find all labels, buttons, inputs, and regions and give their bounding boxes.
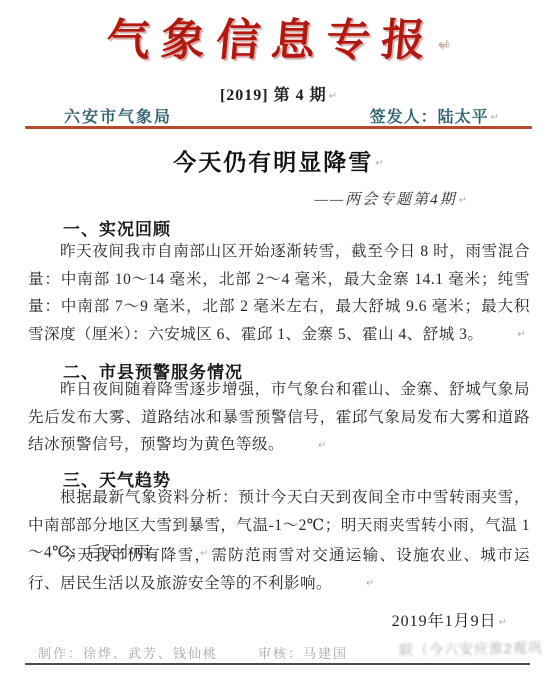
issuer-name: 签发人：陆太平↵ xyxy=(370,104,499,127)
paragraph-mark-icon: ↵ xyxy=(286,432,326,460)
footer-divider xyxy=(25,663,530,665)
footer: 制作：徐烨、武芳、钱仙桃 审核：马建国 联（今六安应淮2观巩 xyxy=(0,643,557,663)
footer-reviewer: 审核：马建国 xyxy=(258,643,348,662)
organization-name: 六安市气象局 xyxy=(64,104,172,127)
bulletin-page: 气象信息专报↵ [2019] 第 4 期↵ 六安市气象局 签发人：陆太平↵ 今天… xyxy=(0,0,557,678)
paragraph-mark-icon: ↵ xyxy=(437,37,450,53)
paragraph-text: 昨天夜间我市自南部山区开始逐渐转雪，截至今日 8 时，雨雪混合量：中南部 10～… xyxy=(28,243,530,343)
document-title: 今天仍有明显降雪↵ xyxy=(0,144,557,177)
paragraph-situation-review: 昨天夜间我市自南部山区开始逐渐转雪，截至今日 8 时，雨雪混合量：中南部 10～… xyxy=(28,238,530,349)
paragraph-text: 今天我市仍有降雪，需防范雨雪对交通运输、设施农业、城市运行、居民生活以及旅游安全… xyxy=(28,547,530,592)
document-subtitle-text: ——两会专题第4期 xyxy=(314,192,456,208)
paragraph-warning-service: 昨日夜间随着降雪逐步增强，市气象台和霍山、金寨、舒城气象局先后发布大雾、道路结冰… xyxy=(28,376,530,459)
paragraph-mark-icon: ↵ xyxy=(485,321,525,349)
paragraph-mark-icon: ↵ xyxy=(459,195,467,206)
masthead-title: 气象信息专报↵ xyxy=(0,4,557,68)
paragraph-mark-icon: ↵ xyxy=(375,158,383,169)
issue-number: [2019] 第 4 期↵ xyxy=(0,82,557,105)
issuer-text: 签发人：陆太平 xyxy=(370,109,489,126)
org-row: 六安市气象局 签发人：陆太平↵ xyxy=(0,104,557,124)
document-date-text: 2019年1月9日 xyxy=(392,613,497,630)
document-title-text: 今天仍有明显降雪 xyxy=(173,149,373,175)
paragraph-mark-icon: ↵ xyxy=(499,617,507,628)
header-divider xyxy=(25,126,532,129)
footer-producers: 制作：徐烨、武芳、钱仙桃 xyxy=(38,643,218,662)
paragraph-mark-icon: ↵ xyxy=(491,112,499,123)
section-heading-1: 一、实况回顾 xyxy=(63,215,171,240)
issue-number-text: [2019] 第 4 期 xyxy=(220,87,327,104)
document-subtitle: ——两会专题第4期↵ xyxy=(314,188,467,209)
paragraph-mark-icon: ↵ xyxy=(334,570,374,598)
document-date: 2019年1月9日↵ xyxy=(392,608,507,631)
paragraph-impact-advice: 今天我市仍有降雪，需防范雨雪对交通运输、设施农业、城市运行、居民生活以及旅游安全… xyxy=(28,542,530,598)
masthead-title-text: 气象信息专报 xyxy=(104,16,438,65)
paragraph-text: 昨日夜间随着降雪逐步增强，市气象台和霍山、金寨、舒城气象局先后发布大雾、道路结冰… xyxy=(28,381,530,453)
section-heading-1-text: 一、实况回顾 xyxy=(63,220,171,239)
paragraph-mark-icon: ↵ xyxy=(329,91,337,102)
watermark: 联（今六安应淮2观巩 xyxy=(399,638,543,661)
